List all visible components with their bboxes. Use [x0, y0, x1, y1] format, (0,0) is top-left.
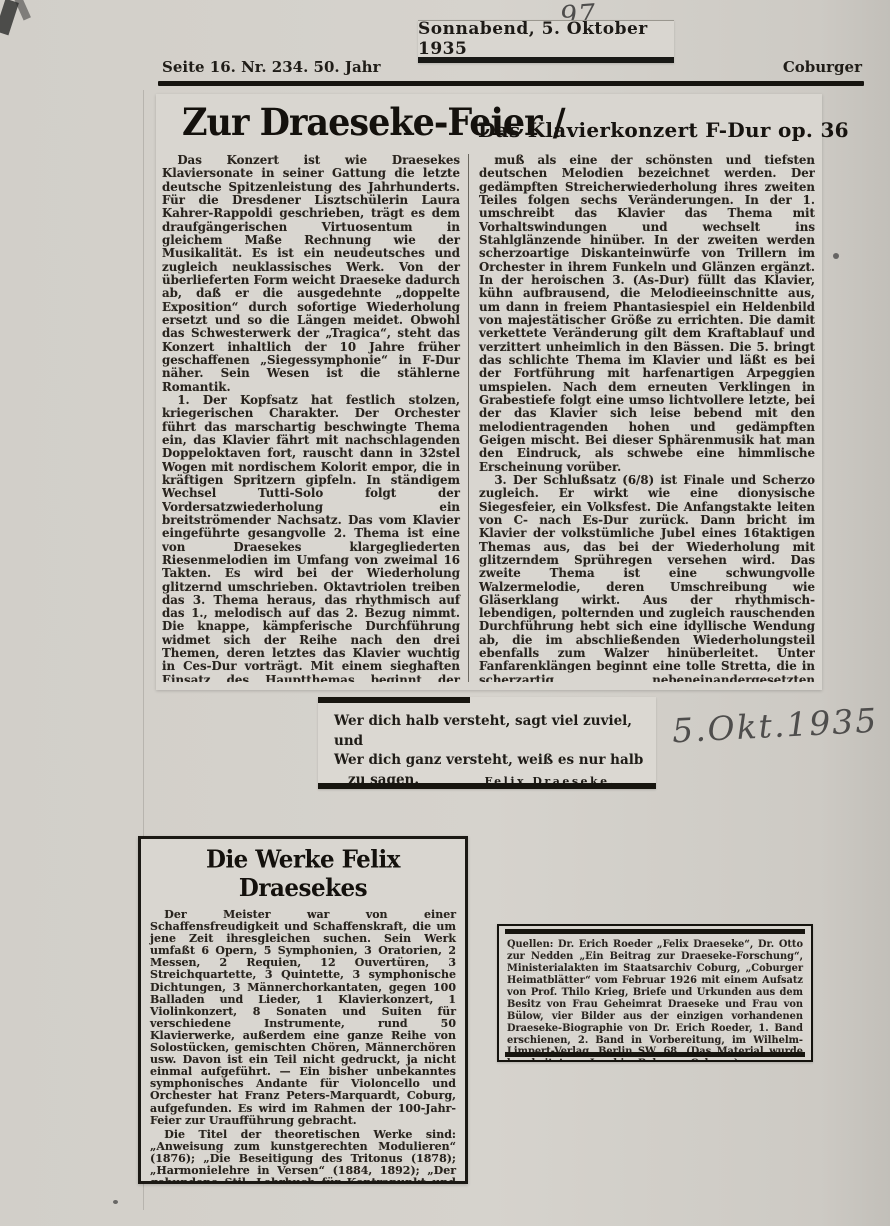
paragraph: Der Meister war von einer Schaffensfreud… [150, 909, 456, 1127]
clipping-rule [318, 783, 656, 789]
masthead-rule [158, 81, 864, 86]
paragraph: Die Titel der theoretischen Werke sind: … [150, 1129, 456, 1184]
works-article-title: Die Werke Felix Draesekes [150, 846, 456, 903]
clipping-rule [318, 697, 470, 703]
main-article-clipping: Zur Draeseke-Feier / Das Klavierkonzert … [156, 94, 822, 690]
sources-box-clipping: Quellen: Dr. Erich Roeder „Felix Draesek… [497, 924, 813, 1062]
paragraph: Das Konzert ist wie Draesekes Klavierson… [162, 154, 460, 394]
newspaper-name: Coburger [783, 58, 862, 76]
article-columns: Das Konzert ist wie Draesekes Klavierson… [162, 154, 815, 682]
paragraph: 3. Der Schlußsatz (6/8) ist Finale und S… [479, 474, 815, 682]
handwritten-date-note: 5.Okt.1935 [671, 701, 879, 751]
scan-speck [113, 1200, 118, 1204]
article-title-main: Zur Draeseke-Feier / [182, 100, 482, 144]
quote-text: Wer dich halb versteht, sagt viel zuviel… [318, 697, 656, 790]
issue-row: Seite 16. Nr. 234. 50. Jahr Coburger [162, 58, 862, 76]
scan-speck [833, 253, 839, 259]
clipping-rule [505, 1052, 805, 1057]
paragraph: muß als eine der schönsten und tiefsten … [479, 154, 815, 474]
article-column-right: muß als eine der schönsten und tiefsten … [469, 154, 815, 682]
issue-info: Seite 16. Nr. 234. 50. Jahr [162, 58, 380, 76]
article-title-sub: Das Klavierkonzert F-Dur op. 36 [478, 118, 849, 142]
works-article-clipping: Die Werke Felix Draesekes Der Meister wa… [138, 836, 468, 1184]
masthead-date-label: Sonnabend, 5. Oktober 1935 [418, 19, 674, 59]
quote-line: Wer dich halb versteht, sagt viel zuviel… [334, 712, 644, 751]
sources-text: Quellen: Dr. Erich Roeder „Felix Draesek… [507, 937, 803, 1062]
clipping-rule [505, 929, 805, 934]
article-column-left: Das Konzert ist wie Draesekes Klavierson… [162, 154, 469, 682]
quote-clipping: Wer dich halb versteht, sagt viel zuviel… [318, 697, 656, 789]
quote-line: Wer dich ganz versteht, weiß es nur halb [334, 751, 644, 771]
paragraph: 1. Der Kopfsatz hat festlich stolzen, kr… [162, 394, 460, 682]
scanned-newspaper-page: 97 Sonnabend, 5. Oktober 1935 Seite 16. … [0, 0, 890, 1226]
masthead-date-box: Sonnabend, 5. Oktober 1935 [418, 20, 674, 63]
works-article-body: Der Meister war von einer Schaffensfreud… [150, 909, 456, 1184]
